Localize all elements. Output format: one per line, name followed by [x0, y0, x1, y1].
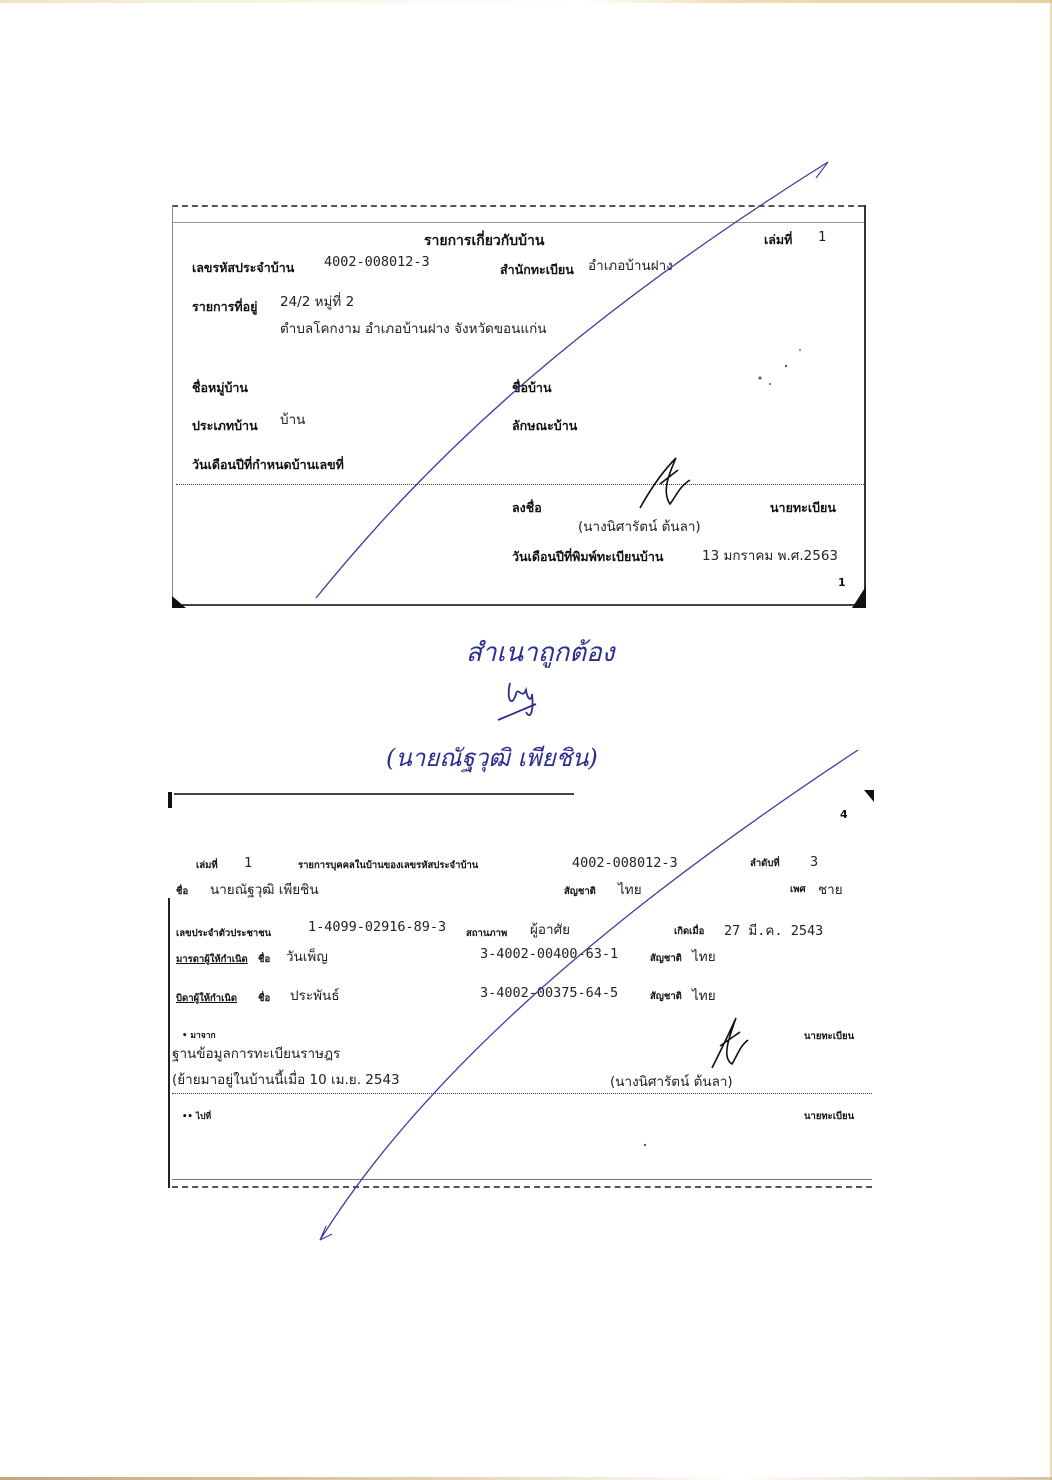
section-title: รายการบุคคลในบ้านของเลขรหัสประจำบ้าน: [298, 858, 478, 873]
signed-label: ลงชื่อ: [512, 498, 542, 518]
registrar-title: นายทะเบียน: [770, 498, 836, 518]
resident-status: ผู้อาศัย: [530, 918, 570, 940]
frame-line: [172, 1186, 872, 1188]
scan-edge-top: [0, 0, 1052, 3]
id-label: เลขประจำตัวประชาชน: [176, 926, 271, 941]
registry-office: อำเภอบ้านฝาง: [588, 254, 673, 276]
father-name: ประพันธ์: [290, 984, 339, 1006]
frame-line: [172, 604, 866, 606]
registrar-title-2: นายทะเบียน: [804, 1109, 854, 1124]
father-name-label: ชื่อ: [258, 991, 270, 1006]
sex: ชาย: [818, 878, 843, 900]
father-id: 3-4002-00375-64-5: [480, 985, 618, 1001]
page-number: 4: [840, 808, 848, 821]
birth-label: เกิดเมื่อ: [674, 924, 704, 939]
dotted-divider: [172, 1093, 872, 1094]
moved-from-source: ฐานข้อมูลการทะเบียนราษฎร: [172, 1042, 340, 1064]
number-assigned-date-label: วันเดือนปีที่กำหนดบ้านเลขที่: [192, 455, 344, 475]
house-record-title: รายการเกี่ยวกับบ้าน: [424, 230, 544, 252]
father-nationality-label: สัญชาติ: [650, 989, 682, 1004]
mother-id: 3-4002-00400-63-1: [480, 946, 618, 962]
corner-mark: [168, 792, 172, 808]
house-code: 4002-008012-3: [572, 855, 678, 871]
moved-from-label: • มาจาก: [182, 1028, 216, 1042]
book-label: เล่มที่: [196, 858, 218, 873]
status-label: สถานภาพ: [466, 926, 507, 941]
address-line-2: ตำบลโคกงาม อำเภอบ้านฝาง จังหวัดขอนแก่น: [280, 317, 547, 339]
mother-name: วันเพ็ญ: [286, 945, 328, 967]
birth-date: 27 มี.ค. 2543: [724, 919, 823, 941]
frame-line: [864, 205, 866, 605]
registrar-title: นายทะเบียน: [804, 1029, 854, 1044]
book-label: เล่มที่: [764, 230, 792, 250]
frame-line: [168, 898, 170, 1188]
frame-line: [172, 205, 173, 605]
book-no: 1: [818, 229, 826, 245]
person-record-card: 4 เล่มที่ 1 รายการบุคคลในบ้านของเลขรหัสป…: [168, 788, 874, 1192]
frame-line: [172, 205, 864, 207]
house-record-card: รายการเกี่ยวกับบ้าน เล่มที่ 1 เลขรหัสประ…: [172, 200, 866, 608]
address-line-1: 24/2 หมู่ที่ 2: [280, 290, 354, 312]
name-label: ชื่อ: [176, 884, 188, 899]
corner-mark: [852, 586, 866, 608]
nationality: ไทย: [618, 878, 642, 900]
order-label: ลำดับที่: [750, 856, 780, 871]
address-label: รายการที่อยู่: [192, 297, 257, 317]
certifier-name: (นายณัฐวุฒิ เพียชิน): [386, 738, 598, 777]
person-name: นายณัฐวุฒิ เพียชิน: [210, 878, 319, 900]
sex-label: เพศ: [790, 882, 806, 897]
corner-mark: [864, 790, 874, 802]
house-name-label: ชื่อบ้าน: [512, 378, 552, 398]
house-code: 4002-008012-3: [324, 254, 430, 270]
registrar-name: (นางนิศารัตน์ ต้นลา): [578, 515, 701, 537]
order-no: 3: [810, 854, 818, 870]
house-style-label: ลักษณะบ้าน: [512, 416, 577, 436]
id-number: 1-4099-02916-89-3: [308, 919, 446, 935]
mother-nationality: ไทย: [692, 945, 716, 967]
house-code-label: เลขรหัสประจำบ้าน: [192, 258, 294, 278]
house-type: บ้าน: [280, 408, 305, 430]
father-nationality: ไทย: [692, 984, 716, 1006]
registry-office-label: สำนักทะเบียน: [500, 260, 574, 280]
mother-label: มารดาผู้ให้กำเนิด: [176, 952, 248, 967]
house-type-label: ประเภทบ้าน: [192, 416, 258, 436]
nationality-label: สัญชาติ: [564, 884, 596, 899]
print-date: 13 มกราคม พ.ศ.2563: [702, 544, 838, 566]
registrar-name: (นางนิศารัตน์ ต้นลา): [610, 1070, 733, 1092]
certified-true-copy-text: สำเนาถูกต้อง: [466, 632, 614, 673]
mother-nationality-label: สัญชาติ: [650, 951, 682, 966]
dotted-divider: [176, 484, 864, 485]
page-number: 1: [838, 576, 846, 589]
village-name-label: ชื่อหมู่บ้าน: [192, 378, 248, 398]
book-no: 1: [244, 855, 252, 871]
father-label: บิดาผู้ให้กำเนิด: [176, 991, 237, 1006]
corner-mark: [172, 596, 186, 608]
frame-line: [172, 222, 864, 223]
mother-name-label: ชื่อ: [258, 952, 270, 967]
frame-line: [172, 1179, 872, 1180]
print-date-label: วันเดือนปีที่พิมพ์ทะเบียนบ้าน: [512, 547, 663, 567]
frame-line: [174, 793, 574, 795]
moved-in-date: (ย้ายมาอยู่ในบ้านนี้เมื่อ 10 เม.ย. 2543: [172, 1068, 400, 1090]
moved-to-label: •• ไปที่: [182, 1109, 211, 1123]
